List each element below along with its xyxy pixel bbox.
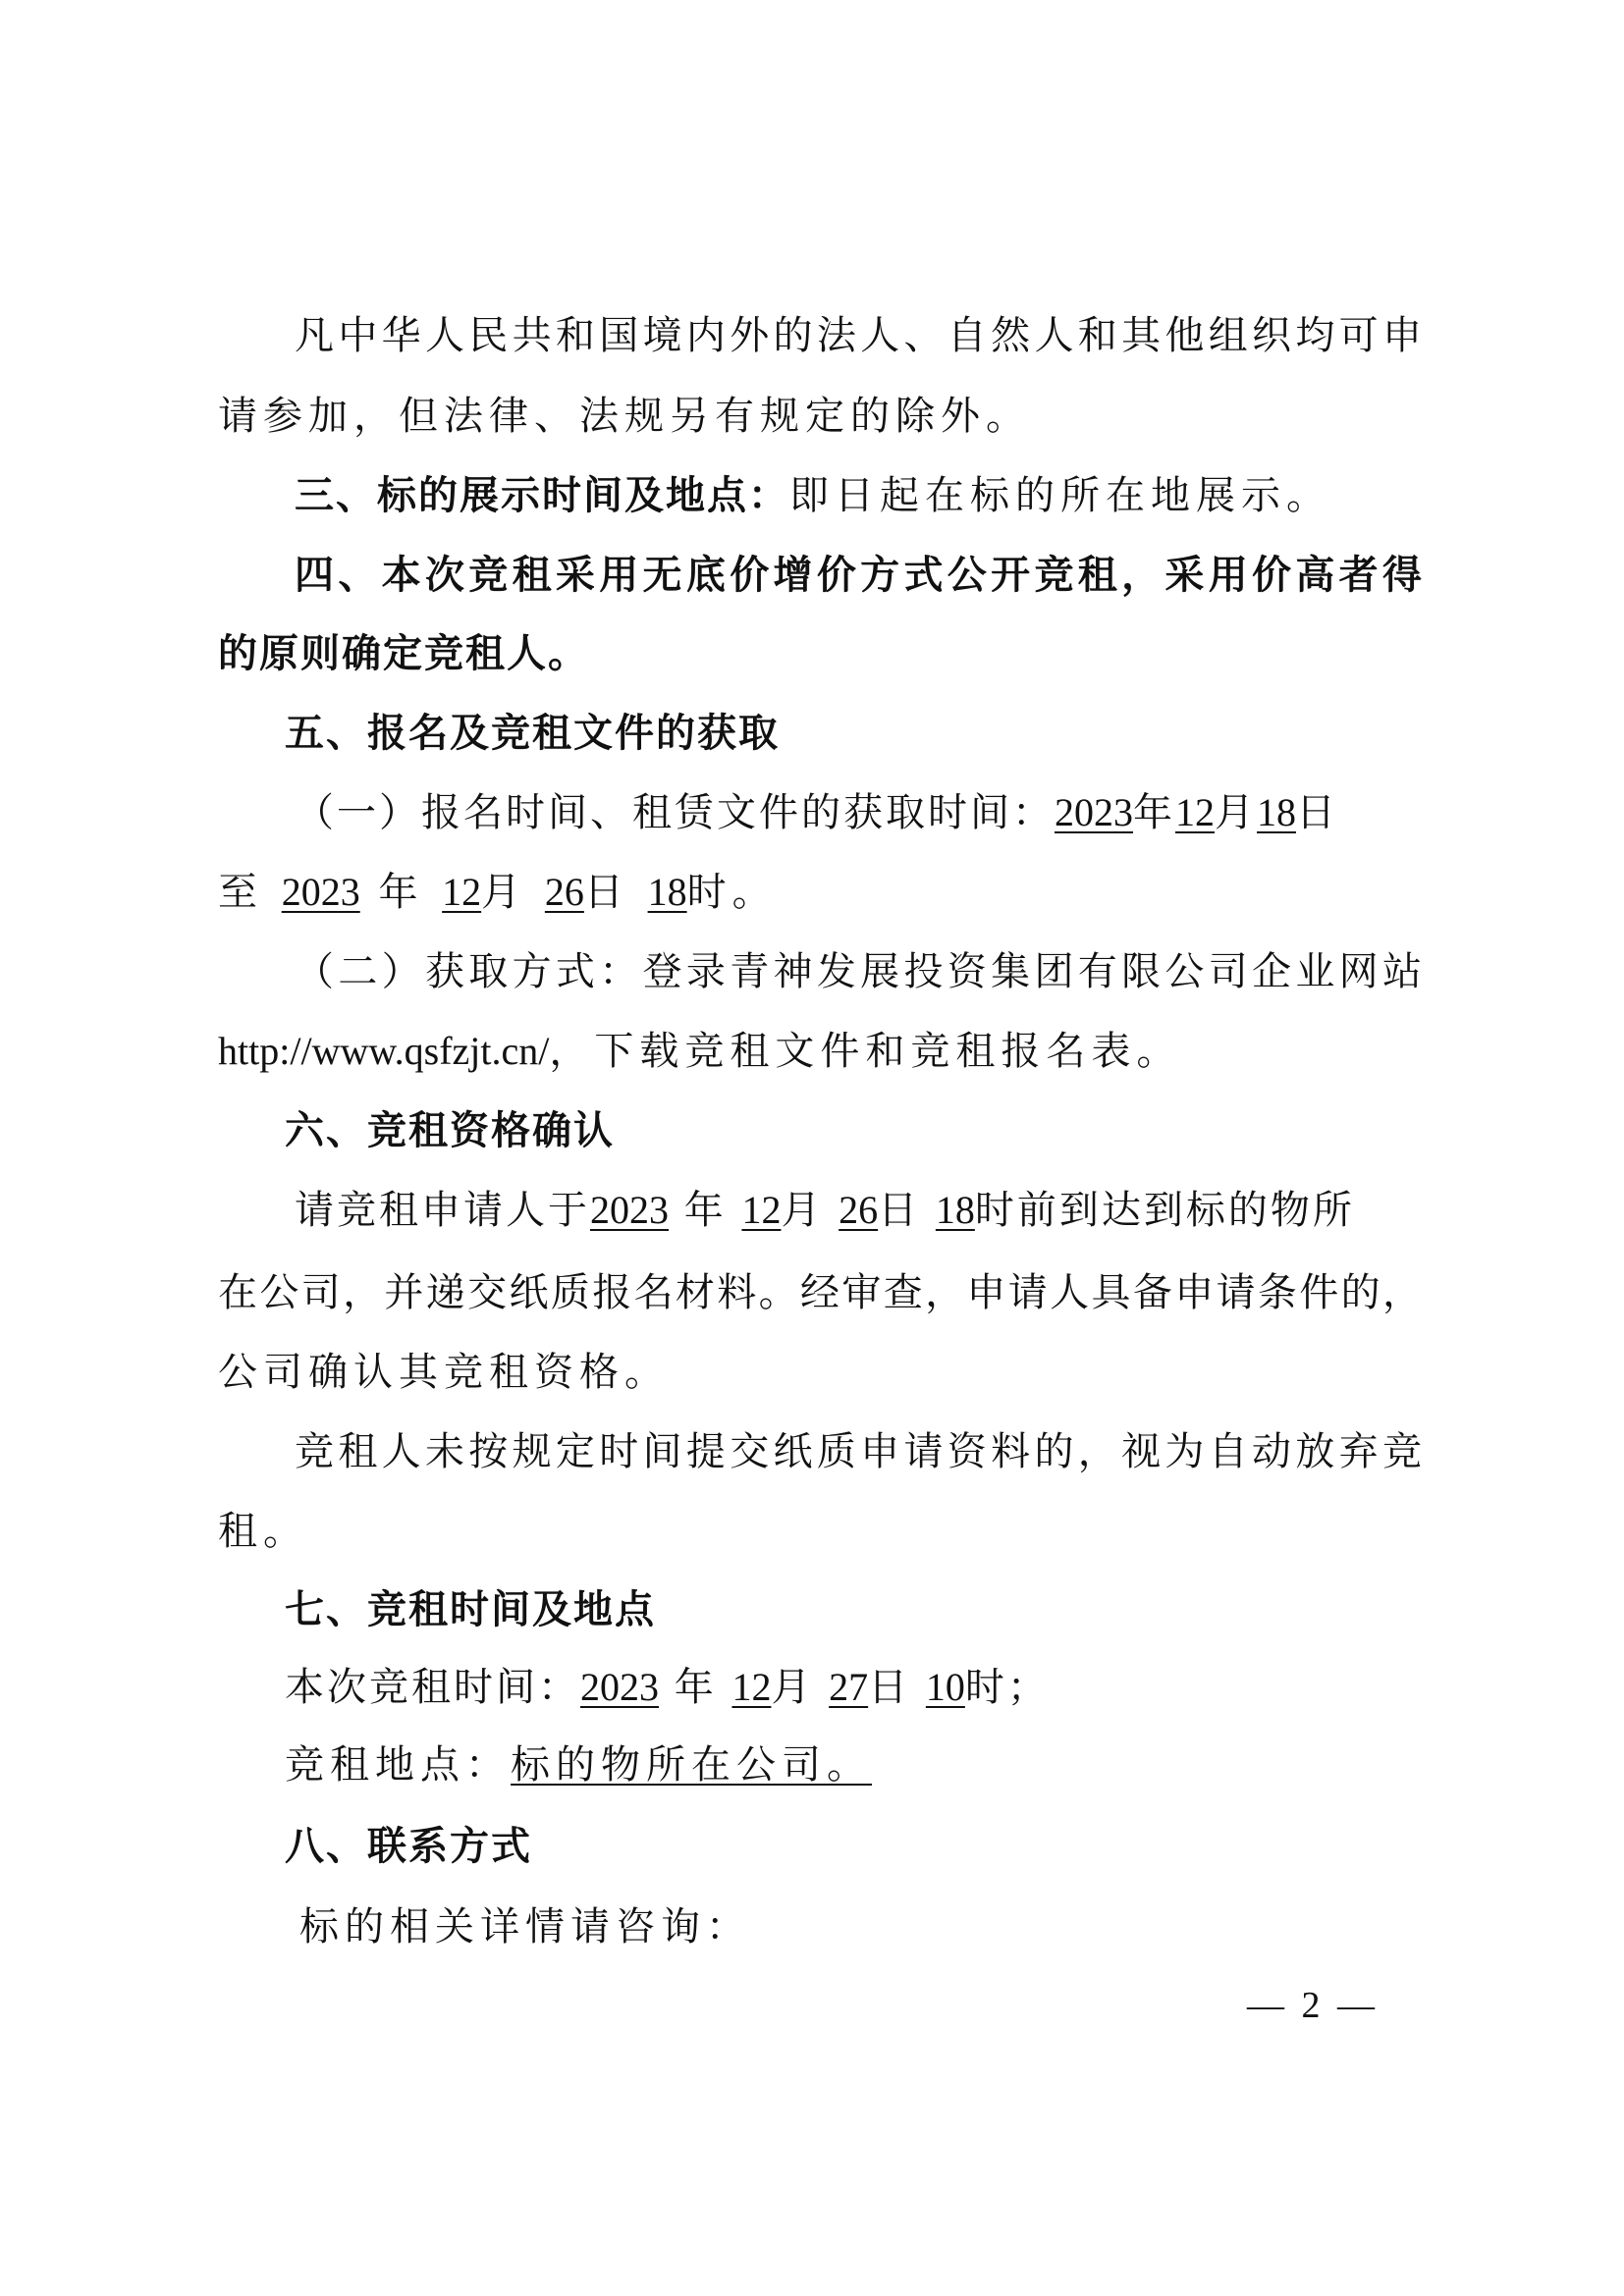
month-label: 月 xyxy=(481,870,526,915)
deadline-hour: 18 xyxy=(936,1188,975,1232)
deadline-day: 26 xyxy=(839,1188,878,1232)
month-label: 月 xyxy=(771,1665,813,1710)
company-website-link[interactable]: http://www.qsfzjt.cn/ xyxy=(218,1029,549,1073)
section-7-time: 本次竞租时间：2023 年 12月 27日 10时； xyxy=(285,1658,1412,1717)
year-label: 年 xyxy=(684,1188,727,1233)
section-6-heading: 六、竞租资格确认 xyxy=(285,1101,1412,1160)
day-label: 日 xyxy=(878,1188,920,1233)
deadline-month: 12 xyxy=(741,1188,781,1232)
section-5-1-line1: （一）报名时间、租赁文件的获取时间：2023年12月18日 xyxy=(295,783,1422,842)
section-6-p1-line2: 在公司，并递交纸质报名材料。经审查，申请人具备申请条件的， xyxy=(218,1263,1422,1322)
end-hour: 18 xyxy=(648,870,687,914)
to-label: 至 xyxy=(218,870,263,915)
section-6-p1-suffix: 时前到达到标的物所 xyxy=(975,1188,1355,1233)
section-3-heading: 三、标的展示时间及地点： xyxy=(295,473,789,518)
page-number: — 2 — xyxy=(1239,1981,1386,2030)
year-label: 年 xyxy=(1133,790,1175,835)
auction-time-label: 本次竞租时间： xyxy=(285,1665,580,1710)
section-5-2-rest: ，下载竞租文件和竞租报名表。 xyxy=(549,1029,1181,1074)
auction-day: 27 xyxy=(829,1665,868,1709)
section-8-text: 标的相关详情请咨询： xyxy=(299,1897,1427,1956)
section-7-heading: 七、竞租时间及地点 xyxy=(285,1580,1412,1639)
section-3-text: 即日起在标的所在地展示。 xyxy=(789,473,1331,518)
section-8-heading: 八、联系方式 xyxy=(285,1817,1412,1876)
section-6-p1-prefix: 请竞租申请人于 xyxy=(295,1188,590,1233)
end-year: 2023 xyxy=(282,870,360,914)
paragraph-eligibility-line2: 请参加，但法律、法规另有规定的除外。 xyxy=(218,387,1422,446)
day-label: 日 xyxy=(584,870,629,915)
month-label: 月 xyxy=(781,1188,823,1233)
auction-month: 12 xyxy=(731,1665,771,1709)
day-label: 日 xyxy=(868,1665,910,1710)
section-5-2-line2: http://www.qsfzjt.cn/，下载竞租文件和竞租报名表。 xyxy=(218,1022,1422,1081)
end-day: 26 xyxy=(545,870,584,914)
document-page: 凡中华人民共和国境内外的法人、自然人和其他组织均可申 请参加，但法律、法规另有规… xyxy=(0,0,1624,2296)
month-label: 月 xyxy=(1215,790,1257,835)
auction-year: 2023 xyxy=(580,1665,659,1709)
section-5-heading: 五、报名及竞租文件的获取 xyxy=(285,704,1412,763)
hour-label: 时。 xyxy=(687,870,778,915)
start-day: 18 xyxy=(1257,790,1296,834)
year-label: 年 xyxy=(675,1665,717,1710)
end-month: 12 xyxy=(442,870,481,914)
section-7-place: 竞租地点：标的物所在公司。 xyxy=(285,1735,1412,1794)
section-5-1-prefix: （一）报名时间、租赁文件的获取时间： xyxy=(295,790,1055,835)
auction-place-value: 标的物所在公司。 xyxy=(511,1742,892,1788)
section-6-p2-line1: 竞租人未按规定时间提交纸质申请资料的，视为自动放弃竞 xyxy=(295,1422,1422,1481)
section-5-1-line2: 至 2023 年 12月 26日 18时。 xyxy=(218,863,1422,922)
deadline-year: 2023 xyxy=(590,1188,669,1232)
section-4-line1: 四、本次竞租采用无底价增价方式公开竞租，采用价高者得 xyxy=(295,546,1422,605)
start-year: 2023 xyxy=(1055,790,1133,834)
section-6-p2-line2: 租。 xyxy=(218,1502,1422,1561)
start-month: 12 xyxy=(1175,790,1215,834)
year-label: 年 xyxy=(378,870,423,915)
hour-label: 时； xyxy=(965,1665,1050,1710)
auction-place-label: 竞租地点： xyxy=(285,1742,511,1788)
auction-hour: 10 xyxy=(926,1665,965,1709)
paragraph-eligibility-line1: 凡中华人民共和国境内外的法人、自然人和其他组织均可申 xyxy=(295,306,1422,365)
section-6-p1-line1: 请竞租申请人于2023 年 12月 26日 18时前到达到标的物所 xyxy=(295,1181,1422,1240)
day-label: 日 xyxy=(1296,790,1338,835)
section-3: 三、标的展示时间及地点：即日起在标的所在地展示。 xyxy=(295,466,1422,525)
section-5-2-line1: （二）获取方式：登录青神发展投资集团有限公司企业网站 xyxy=(295,942,1422,1001)
section-6-p1-line3: 公司确认其竞租资格。 xyxy=(218,1343,1422,1402)
section-4-line2: 的原则确定竞租人。 xyxy=(218,624,1422,683)
